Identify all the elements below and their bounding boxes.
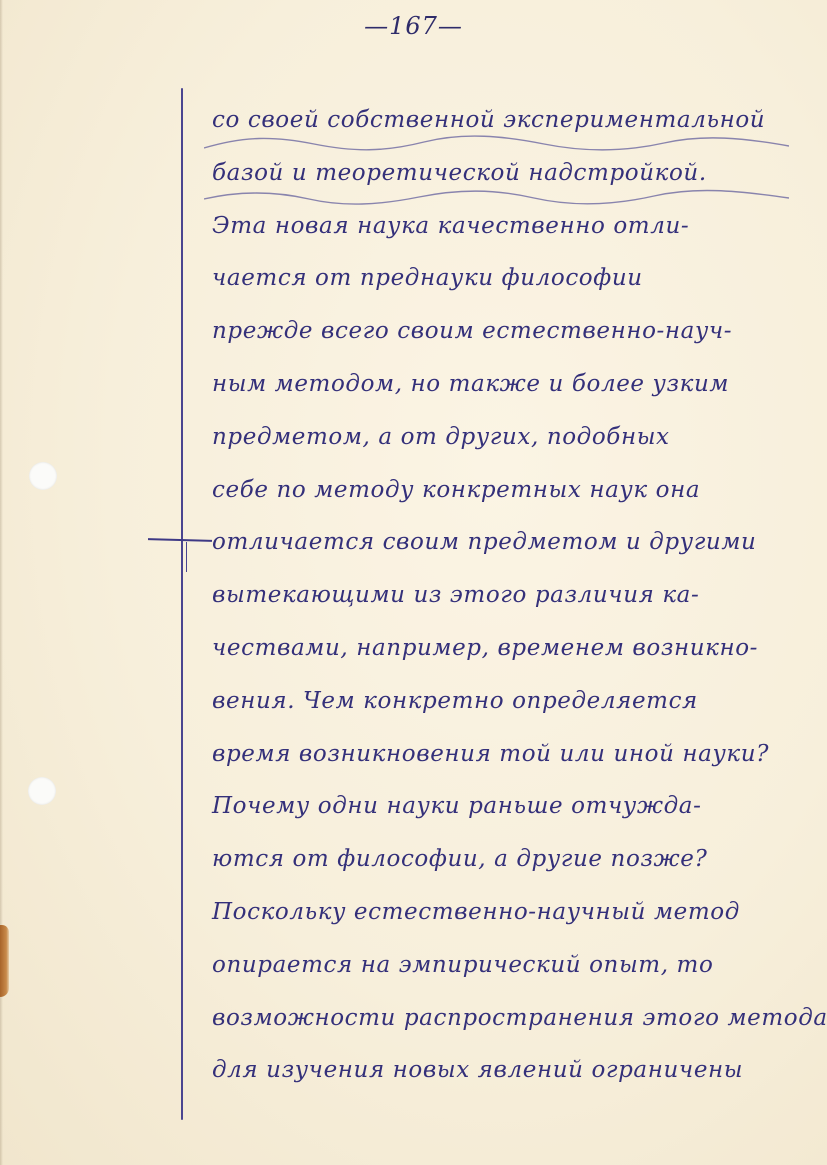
text-line: возможности распространения этого метода [212,998,822,1051]
line-text: ным методом, но также и более узким [212,364,729,404]
line-text: возможности распространения этого метода [212,998,827,1038]
text-line: опирается на эмпирический опыт, то [212,945,822,998]
line-text: себе по методу конкретных наук она [212,470,700,510]
text-line: чается от преднауки философии [212,258,822,311]
wavy-underline-icon [204,134,789,154]
text-line: отличается своим предметом и другими [212,522,822,575]
text-line: со своей собственной экспериментальной [212,100,822,153]
paper-stain [0,925,9,997]
line-text: Эта новая наука качественно отли- [212,206,689,246]
margin-tick-mark [148,538,212,541]
margin-tick-stem [186,542,187,572]
line-text: чествами, например, временем возникно- [212,628,758,668]
text-line: Почему одни науки раньше отчужда- [212,786,822,839]
punch-hole-upper [29,462,57,490]
line-text: чается от преднауки философии [212,258,643,298]
line-text: предметом, а от других, подобных [212,417,670,457]
handwritten-text-block: со своей собственной экспериментальной б… [212,100,822,1103]
text-line: для изучения новых явлений ограничены [212,1050,822,1103]
text-line: Эта новая наука качественно отли- [212,206,822,259]
line-text: отличается своим предметом и другими [212,522,756,562]
text-line: Поскольку естественно-научный метод [212,892,822,945]
line-text: прежде всего своим естественно-науч- [212,311,732,351]
text-line: ются от философии, а другие позже? [212,839,822,892]
text-line: ным методом, но также и более узким [212,364,822,417]
line-text: для изучения новых явлений ограничены [212,1050,743,1090]
margin-line [181,88,183,1120]
line-text: вения. Чем конкретно определяется [212,681,698,721]
text-line: базой и теоретической надстройкой. [212,153,822,206]
text-line: вытекающими из этого различия ка- [212,575,822,628]
line-text: время возникновения той или иной науки? [212,734,769,774]
line-text: опирается на эмпирический опыт, то [212,945,713,985]
text-line: чествами, например, временем возникно- [212,628,822,681]
text-line: вения. Чем конкретно определяется [212,681,822,734]
line-text: ются от философии, а другие позже? [212,839,707,879]
manuscript-page: —167— со своей собственной экспериментал… [0,0,827,1165]
line-text: вытекающими из этого различия ка- [212,575,699,615]
text-line: себе по методу конкретных наук она [212,470,822,523]
line-text: Поскольку естественно-научный метод [212,892,740,932]
wavy-underline-icon [204,187,789,207]
page-number: —167— [0,12,827,40]
text-line: прежде всего своим естественно-науч- [212,311,822,364]
text-line: предметом, а от других, подобных [212,417,822,470]
line-text: Почему одни науки раньше отчужда- [212,786,701,826]
text-line: время возникновения той или иной науки? [212,734,822,787]
punch-hole-lower [28,777,56,805]
